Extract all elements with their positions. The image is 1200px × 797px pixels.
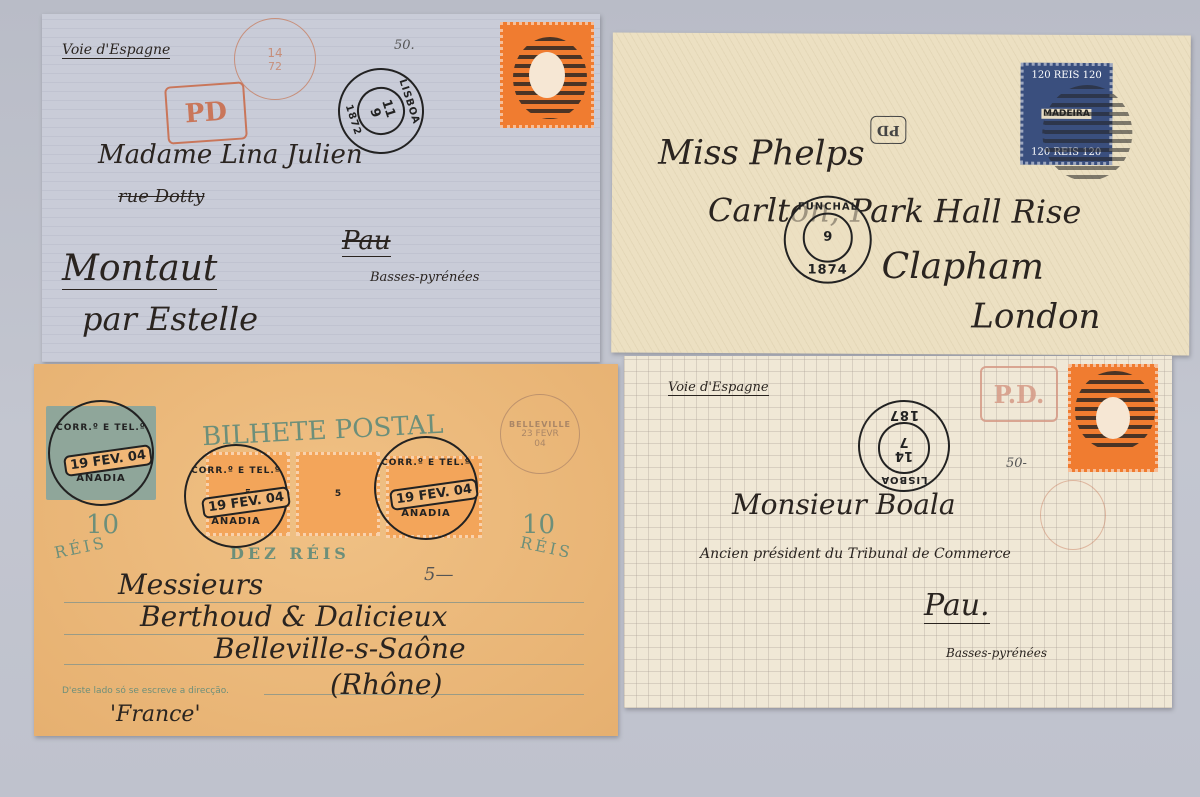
- city-clapham: Clapham: [882, 246, 1045, 288]
- king-portrait-icon: [1096, 397, 1130, 439]
- belleville-arrival-mark: BELLEVILLE 23 FEVR 04: [500, 394, 580, 474]
- street-address: Carlton, Park Hall Rise: [708, 191, 1082, 231]
- printed-dez-reis: DEZ RÉIS: [230, 544, 350, 563]
- printed-reis-right: RÉIS: [519, 533, 575, 563]
- printed-reis-left: RÉIS: [53, 533, 109, 563]
- city: Pau.: [924, 588, 990, 624]
- addressee: Madame Lina Julien: [98, 140, 363, 170]
- redirect-via: par Estelle: [82, 300, 258, 338]
- country: 'France': [110, 702, 201, 727]
- cover-bottom-right: Voie d'Espagne P.D. LISBOA 147 187 50- M…: [624, 356, 1172, 708]
- postage-stamp-orange: [500, 22, 594, 128]
- cover-bottom-left: BILHETE POSTAL 10 RÉIS 10 RÉIS DEZ RÉIS …: [34, 364, 618, 736]
- addressee: Messieurs: [118, 568, 263, 601]
- postage-stamp-orange: [1068, 364, 1158, 472]
- king-portrait-icon: [529, 52, 565, 98]
- struck-street: rue Dotty: [118, 186, 204, 207]
- address-line-1: Berthoud & Dalicieux: [140, 600, 447, 633]
- cover-top-right: PD 120 REIS 120 MADEIRA 120 REIS 120 Mis…: [611, 32, 1191, 355]
- addressee: Miss Phelps: [658, 133, 865, 174]
- cover-top-left: Voie d'Espagne 50. 14 72 PD LISBOA 119 1…: [42, 14, 600, 362]
- addressee-title: Ancien président du Tribunal de Commerce: [700, 546, 1011, 562]
- struck-city: Pau: [342, 226, 391, 257]
- faint-transit-mark: [1040, 480, 1106, 550]
- funchal-postmark: FUNCHAL 9 1874: [784, 195, 872, 283]
- pd-box-mark: PD: [870, 116, 906, 144]
- pd-box-mark: PD: [164, 81, 248, 144]
- postage-stamp-2: 5: [296, 452, 380, 536]
- rate-note: 50-: [1006, 456, 1027, 471]
- department: Basses-pyrénées: [370, 270, 479, 285]
- rate-note: 50.: [394, 38, 415, 53]
- city-london: London: [971, 296, 1100, 337]
- route-note: Voie d'Espagne: [62, 42, 170, 59]
- rate-note: 5—: [424, 564, 453, 585]
- route-note: Voie d'Espagne: [668, 380, 769, 396]
- pd-box-mark: P.D.: [980, 366, 1058, 422]
- lisboa-postmark: LISBOA 147 187: [858, 400, 950, 492]
- printed-instruction: D'este lado só se escreve a direcção.: [62, 686, 229, 696]
- address-line-2: Belleville-s-Saône: [214, 632, 466, 665]
- department: Basses-pyrénées: [946, 646, 1047, 660]
- addressee: Monsieur Boala: [732, 488, 956, 521]
- transit-postmark: 14 72: [234, 18, 316, 100]
- redirect-town: Montaut: [62, 248, 217, 290]
- address-line-3: (Rhône): [330, 668, 442, 701]
